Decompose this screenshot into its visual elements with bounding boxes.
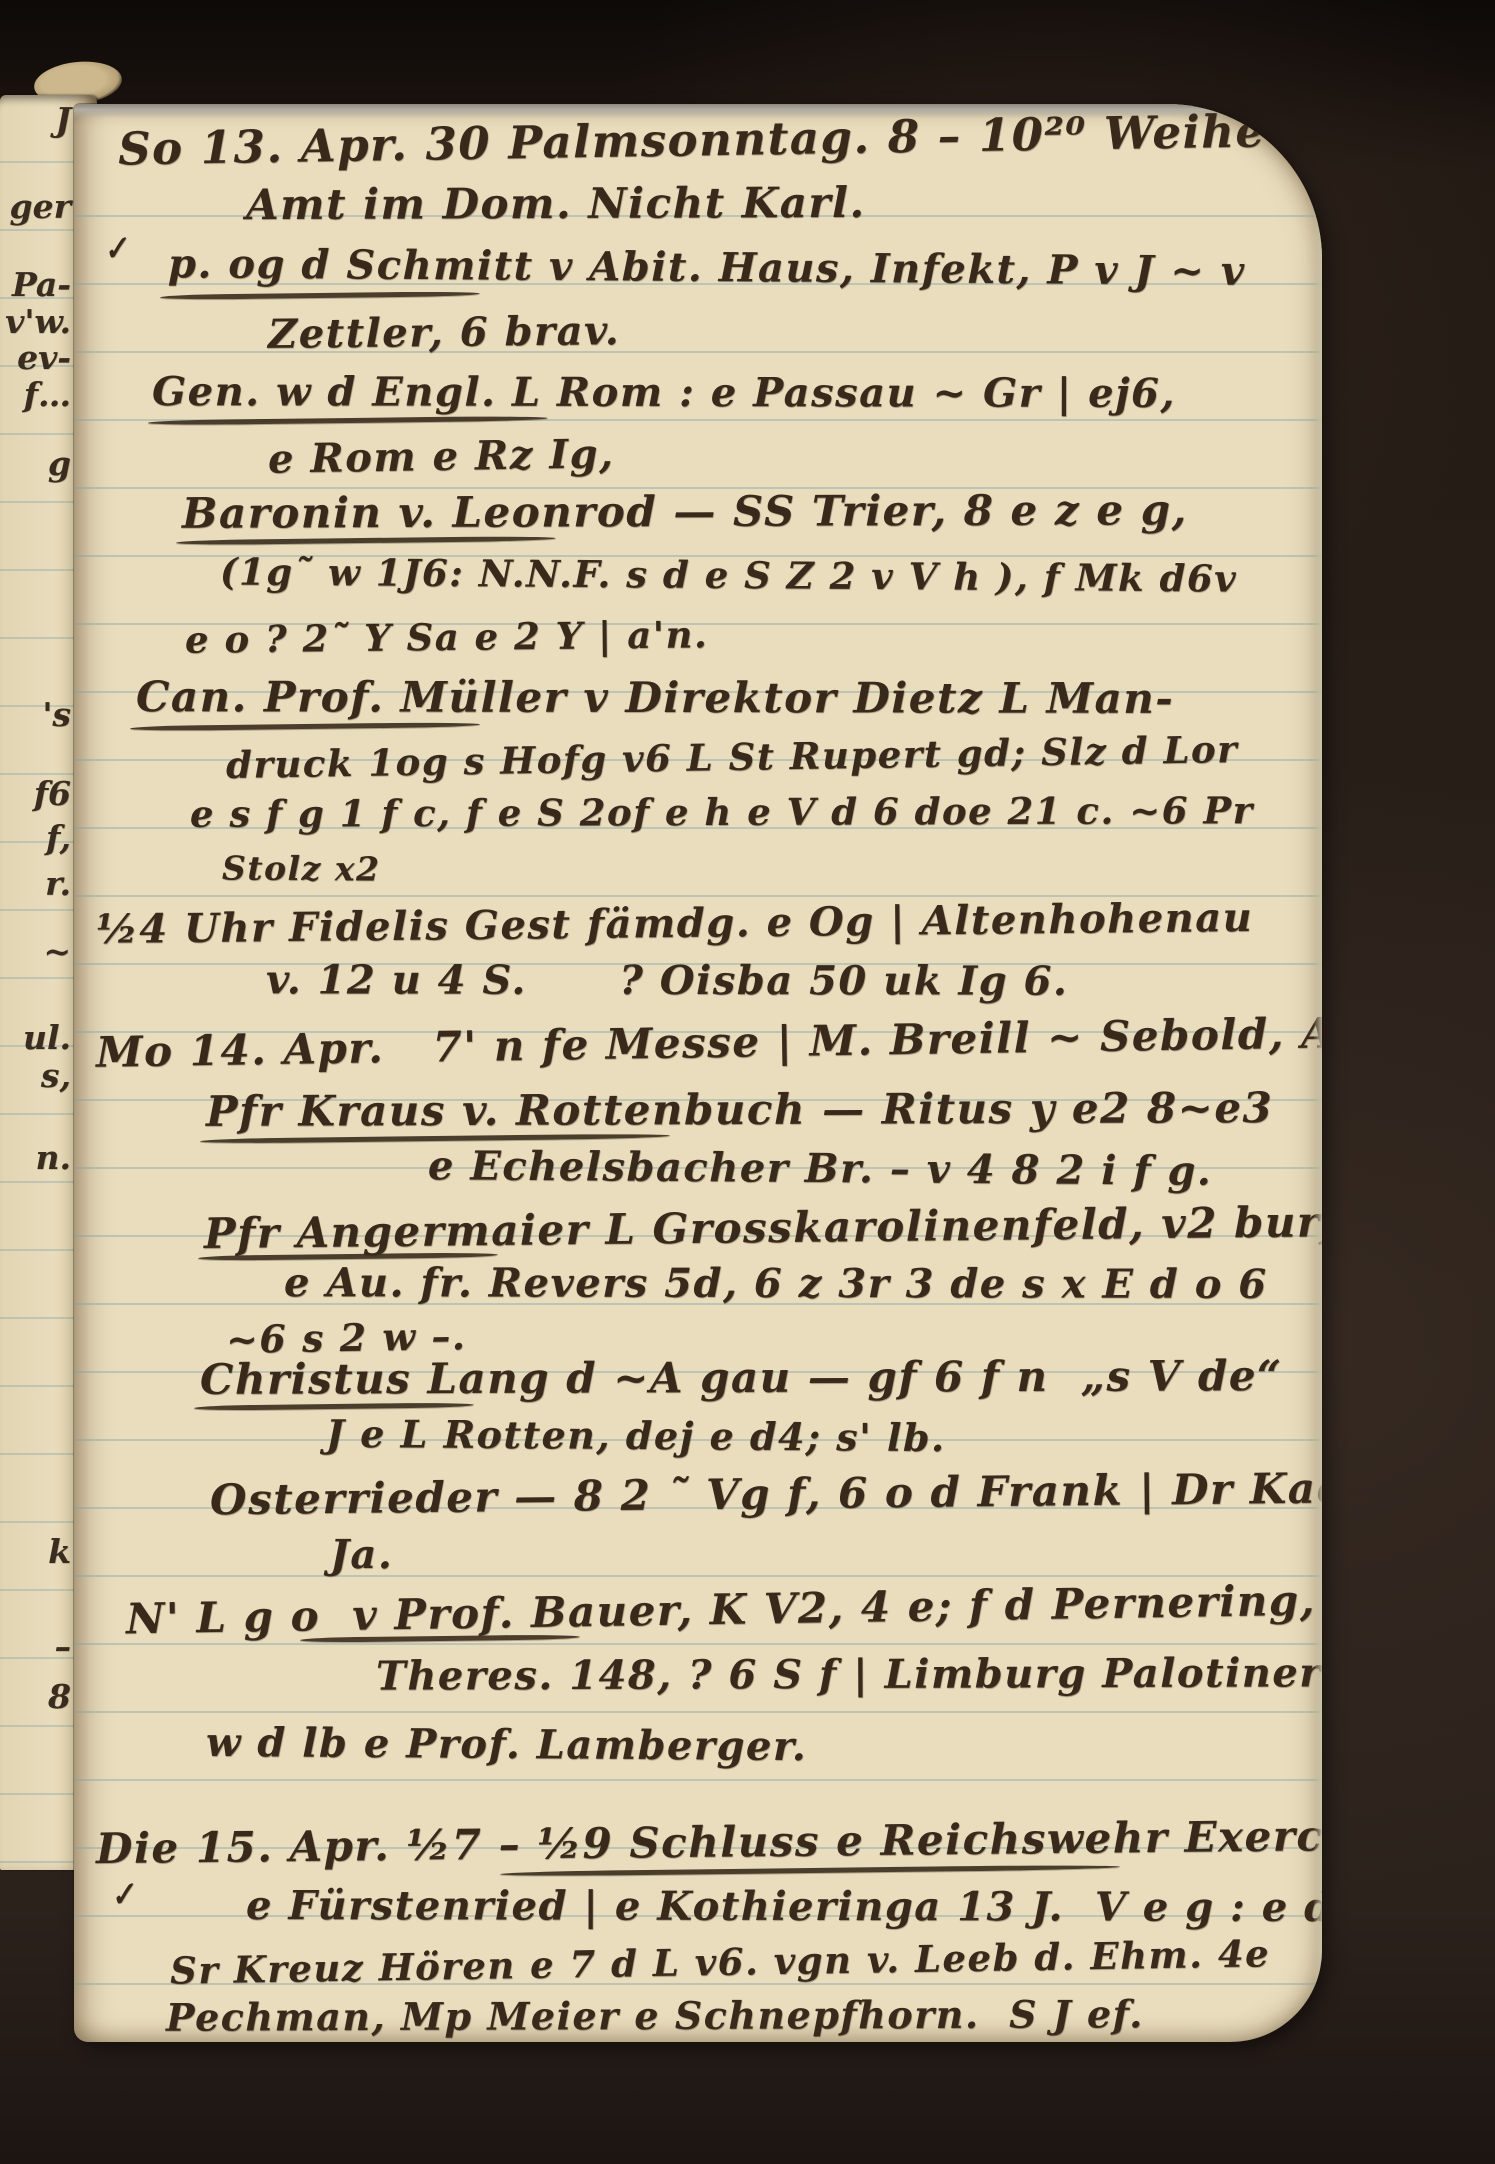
handwriting-line: e Rom e Rz Ig,	[268, 433, 615, 480]
ink-underline	[130, 722, 480, 731]
prev-page-fragment: g	[48, 444, 71, 483]
handwriting-line: Pfr Angermaier L Grosskarolinenfeld, v2 …	[204, 1200, 1322, 1256]
handwriting-line: Pfr Kraus v. Rottenbuch — Ritus y e2 8~e…	[206, 1086, 1273, 1134]
prev-page-fragment: f…	[24, 375, 71, 414]
prev-page-fragment: r.	[45, 864, 71, 903]
handwriting-line: Die 15. Apr. ½7 – ½9 Schluss e Reichsweh…	[96, 1813, 1322, 1871]
handwriting-line: e s f g 1 f c, f e S 2of e h e V d 6 doe…	[190, 791, 1254, 834]
margin-checkmark: ✓	[107, 1876, 139, 1915]
handwriting-line: Gen. w d Engl. L Rom : e Passau ~ Gr | e…	[152, 371, 1176, 415]
prev-page-fragment: Pa-	[12, 265, 71, 304]
handwriting-line: Sr Kreuz Hören e 7 d L v6. vgn v. Leeb d…	[170, 1934, 1271, 1990]
margin-checkmark: ✓	[100, 230, 132, 269]
handwriting-line: Ja.	[330, 1534, 393, 1576]
prev-page-fragment: f6	[34, 774, 71, 813]
handwriting-line: Pechman, Mp Meier e Schnepfhorn. S J ef.	[166, 1994, 1144, 2037]
handwriting-line: Mo 14. Apr. 7' n fe Messe | M. Breill ~ …	[96, 1009, 1322, 1075]
handwriting-line: e o ? 2˜ Y Sa e 2 Y | a'n.	[185, 615, 709, 659]
handwriting-line: Theres. 148, ? 6 S f | Limburg Palotiner	[376, 1652, 1322, 1697]
handwriting-line: ½4 Uhr Fidelis Gest fämdg. e Og | Altenh…	[96, 897, 1254, 951]
prev-page-fragment: 8	[48, 1677, 71, 1716]
diary-page: So 13. Apr. 30 Palmsonntag. 8 – 10²⁰ Wei…	[74, 104, 1322, 2042]
ink-underline	[160, 291, 480, 300]
handwriting-line: e Fürstenried | e Kothieringa 13 J. V e …	[246, 1885, 1322, 1929]
handwriting-line: p. og d Schmitt v Abit. Haus, Infekt, P …	[168, 243, 1246, 293]
handwriting-line: N' L g o v Prof. Bauer, K V2, 4 e; f d P…	[126, 1579, 1316, 1642]
prev-page-fragment: 's	[42, 695, 71, 734]
prev-page-fragment: ger	[10, 187, 71, 226]
handwriting-line: w d lb e Prof. Lamberger.	[206, 1722, 808, 1768]
prev-page-fragment: s,	[41, 1056, 71, 1095]
prev-page-fragment: ~	[43, 932, 71, 971]
prev-page-fragment: v'w.	[5, 302, 71, 341]
handwriting-line: J e L Rotten, dej e d4; s' lb.	[326, 1414, 946, 1458]
prev-page-fragment: ul.	[23, 1018, 71, 1057]
handwriting-line: druck 1og s Hofg v6 L St Rupert gd; Slz …	[226, 730, 1239, 785]
handwriting-line: Baronin v. Leonrod — SS Trier, 8 e z e g…	[182, 488, 1188, 536]
handwriting-line: Osterrieder — 8 2 ˜ Vg f, 6 o d Frank | …	[210, 1466, 1322, 1523]
prev-page-fragment: k	[48, 1532, 71, 1571]
handwriting-line: So 13. Apr. 30 Palmsonntag. 8 – 10²⁰ Wei…	[118, 107, 1322, 173]
handwriting-line: Zettler, 6 brav.	[268, 310, 621, 356]
handwriting-line: Christus Lang d ~A gau — gf 6 f n „s V d…	[200, 1354, 1283, 1402]
handwriting-line: (1g˜ w 1J6: N.N.F. s d e S Z 2 v V h ), …	[220, 552, 1237, 598]
prev-page-fragment: ev-	[17, 338, 71, 377]
handwriting-line: Stolz x2	[222, 851, 381, 887]
prev-page-fragment: n.	[36, 1138, 71, 1177]
prev-page-fragment: J	[55, 100, 71, 139]
prev-page-fragment: –	[55, 1627, 72, 1666]
handwriting-line: e Au. fr. Revers 5d, 6 z 3r 3 de s x E d…	[284, 1262, 1268, 1306]
handwriting-line: e Echelsbacher Br. – v 4 8 2 i f g.	[428, 1145, 1213, 1192]
handwriting-line: Amt im Dom. Nicht Karl.	[246, 181, 866, 227]
handwriting-line: Can. Prof. Müller v Direktor Dietz L Man…	[136, 675, 1174, 721]
ink-underline	[148, 415, 548, 425]
photographed-notebook: JgerPa-v'w.ev-f…g'sf6f,r.~ul.s,n.k–8 So …	[0, 0, 1495, 2164]
prev-page-fragment: f,	[46, 818, 71, 857]
handwriting-line: v. 12 u 4 S. ? Oisba 50 uk Ig 6.	[266, 959, 1068, 1002]
